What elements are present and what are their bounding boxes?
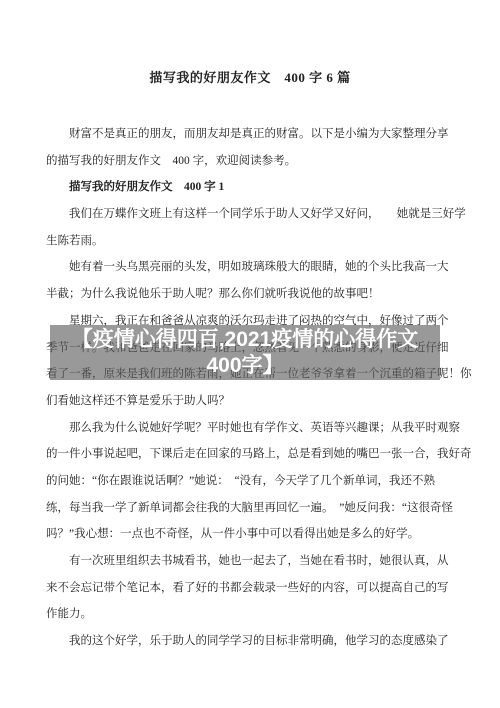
text-line: 来不会忘记带个笔记本，看了好的书都会载录一些好的内容，可以提高自己的写	[46, 575, 478, 602]
text-line: 生陈若雨。	[46, 228, 478, 255]
text-line: 们看她这样还不算是爱乐于助人吗？	[46, 388, 478, 415]
document-page: 描写我的好朋友作文 400 字 6 篇 财富不是真正的朋友，而朋友却是真正的财富…	[0, 0, 500, 708]
page-title: 描写我的好朋友作文 400 字 6 篇	[0, 67, 500, 86]
text-line: 描写我的好朋友作文 400 字 1	[46, 174, 478, 201]
text-line: 吗？”我心想：一点也不奇怪，从一件小事中可以看得出她是多么的好学。	[46, 521, 478, 548]
text-line: 财富不是真正的朋友，而朋友却是真正的财富。以下是小编为大家整理分享	[46, 121, 478, 148]
text-line: 的问她：“你在跟谁说话啊？”她说： “没有，今天学了几个新单词，我还不熟	[46, 468, 478, 495]
watermark-overlay: 【疫情心得四百,2021疫情的心得作文 400字】	[50, 325, 440, 380]
watermark-text-line1: 【疫情心得四百,2021疫情的心得作文	[72, 327, 419, 353]
text-line: 的描写我的好朋友作文 400 字，欢迎阅读参考。	[46, 148, 478, 175]
text-line: 练，每当我一学了新单词都会往我的大脑里再回忆一遍。 ”她反问我：“这很奇怪	[46, 495, 478, 522]
text-line: 我的这个好学，乐于助人的同学学习的目标非常明确，他学习的态度感染了	[46, 628, 478, 655]
text-line: 的一件小事说起吧，下课后走在回家的马路上，总是看到她的嘴巴一张一合，我好奇	[46, 441, 478, 468]
text-line: 我们在万蝶作文班上有这样一个同学乐于助人又好学又好问， 她就是三好学	[46, 201, 478, 228]
document-body: 财富不是真正的朋友，而朋友却是真正的财富。以下是小编为大家整理分享的描写我的好朋…	[46, 121, 478, 655]
text-line: 她有着一头乌黑亮丽的头发，明如玻璃珠般大的眼睛，她的个头比我高一大	[46, 254, 478, 281]
text-line: 作能力。	[46, 601, 478, 628]
text-line: 有一次班里组织去书城看书，她也一起去了，当她在看书时，她很认真，从	[46, 548, 478, 575]
watermark-text-line2: 400字】	[206, 353, 283, 379]
text-line: 半截；为什么我说他乐于助人呢？那么你们就听我说他的故事吧！	[46, 281, 478, 308]
text-line: 那么我为什么说她好学呢？平时她也有学作文、英语等兴趣课；从我平时观察	[46, 415, 478, 442]
